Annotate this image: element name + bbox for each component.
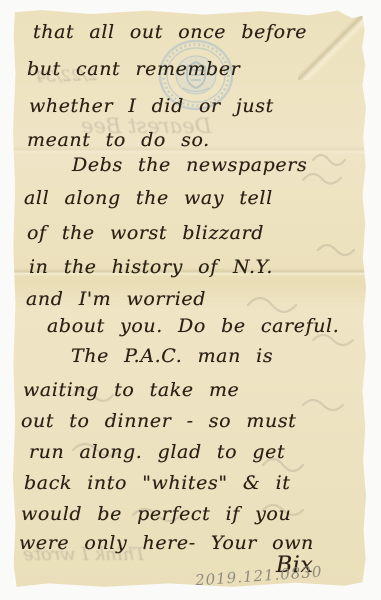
letter-page: 2/22/34 Dearest Bee Think I wrote that a…: [13, 10, 366, 588]
handwriting-line: but cant remember: [27, 58, 240, 80]
handwriting-line: meant to do so.: [27, 129, 210, 151]
handwriting-line: whether I did or just: [29, 95, 274, 117]
photo-background: 2/22/34 Dearest Bee Think I wrote that a…: [0, 0, 381, 600]
handwriting-line: about you. Do be careful.: [47, 315, 339, 337]
handwriting-line: all along the way tell: [24, 187, 273, 209]
handwriting-line: The P.A.C. man is: [71, 345, 273, 367]
handwriting-line: in the history of N.Y.: [29, 256, 273, 278]
handwriting-line: back into "whites" & it: [24, 472, 291, 494]
handwriting-line: and I'm worried: [26, 288, 206, 310]
handwriting-line: of the worst blizzard: [27, 222, 264, 244]
handwriting-line: would be perfect if you: [21, 503, 291, 525]
handwriting-line: waiting to take me: [23, 379, 239, 401]
handwriting-line: Debs the newspapers: [72, 154, 307, 176]
handwriting-line: were only here- Your own: [19, 532, 314, 554]
handwriting-line: that all out once before: [33, 21, 307, 43]
handwriting-line: run along. glad to get: [29, 441, 285, 463]
handwriting-line: out to dinner - so must: [21, 410, 296, 432]
